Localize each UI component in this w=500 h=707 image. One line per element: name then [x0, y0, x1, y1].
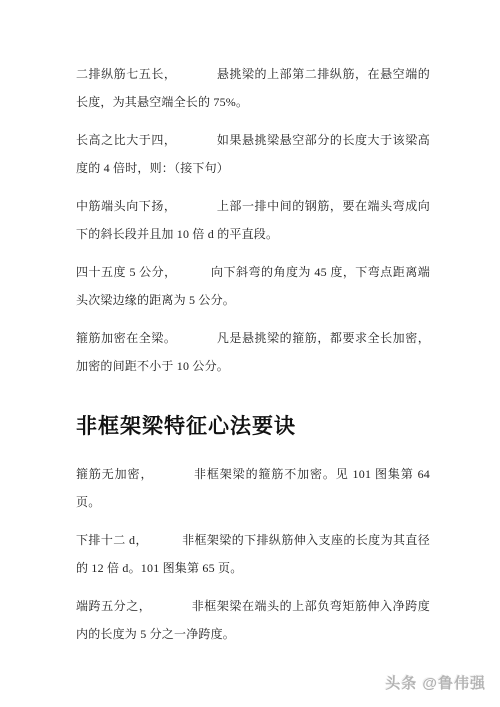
paragraph-lead: 二排纵筋七五长， [76, 67, 176, 81]
paragraph-lead: 四十五度 5 公分， [76, 265, 177, 279]
paragraph: 中筋端头向下扬，上部一排中间的钢筋，要在端头弯成向下的斜长段并且加 10 倍 d… [76, 192, 430, 248]
toutiao-watermark: 头条 @鲁伟强 [385, 672, 486, 693]
paragraph-lead: 下排十二 d， [76, 533, 148, 547]
paragraph: 四十五度 5 公分，向下斜弯的角度为 45 度，下弯点距离端头次梁边缘的距离为 … [76, 258, 430, 314]
paragraph: 下排十二 d，非框架梁的下排纵筋伸入支座的长度为其直径的 12 倍 d。101 … [76, 526, 430, 582]
paragraph: 箍筋无加密，非框架梁的箍筋不加密。见 101 图集第 64 页。 [76, 460, 430, 516]
document-page: 二排纵筋七五长，悬挑梁的上部第二排纵筋，在悬空端的长度，为其悬空端全长的 75%… [0, 0, 500, 707]
paragraph: 长高之比大于四，如果悬挑梁悬空部分的长度大于该梁高度的 4 倍时，则：（接下句） [76, 126, 430, 182]
paragraph-lead: 箍筋加密在全梁。 [76, 331, 176, 345]
paragraph-lead: 长高之比大于四， [76, 133, 176, 147]
paragraph: 箍筋加密在全梁。凡是悬挑梁的箍筋，都要求全长加密，加密的间距不小于 10 公分。 [76, 324, 430, 380]
paragraph-lead: 箍筋无加密， [76, 467, 153, 481]
paragraph-lead: 中筋端头向下扬， [76, 199, 176, 213]
paragraph: 二排纵筋七五长，悬挑梁的上部第二排纵筋，在悬空端的长度，为其悬空端全长的 75%… [76, 60, 430, 116]
section-heading: 非框架梁特征心法要诀 [76, 412, 430, 440]
paragraph: 端跨五分之，非框架梁在端头的上部负弯矩筋伸入净跨度内的长度为 5 分之一净跨度。 [76, 592, 430, 648]
document-content: 二排纵筋七五长，悬挑梁的上部第二排纵筋，在悬空端的长度，为其悬空端全长的 75%… [0, 0, 500, 648]
paragraph-lead: 端跨五分之， [76, 599, 151, 613]
